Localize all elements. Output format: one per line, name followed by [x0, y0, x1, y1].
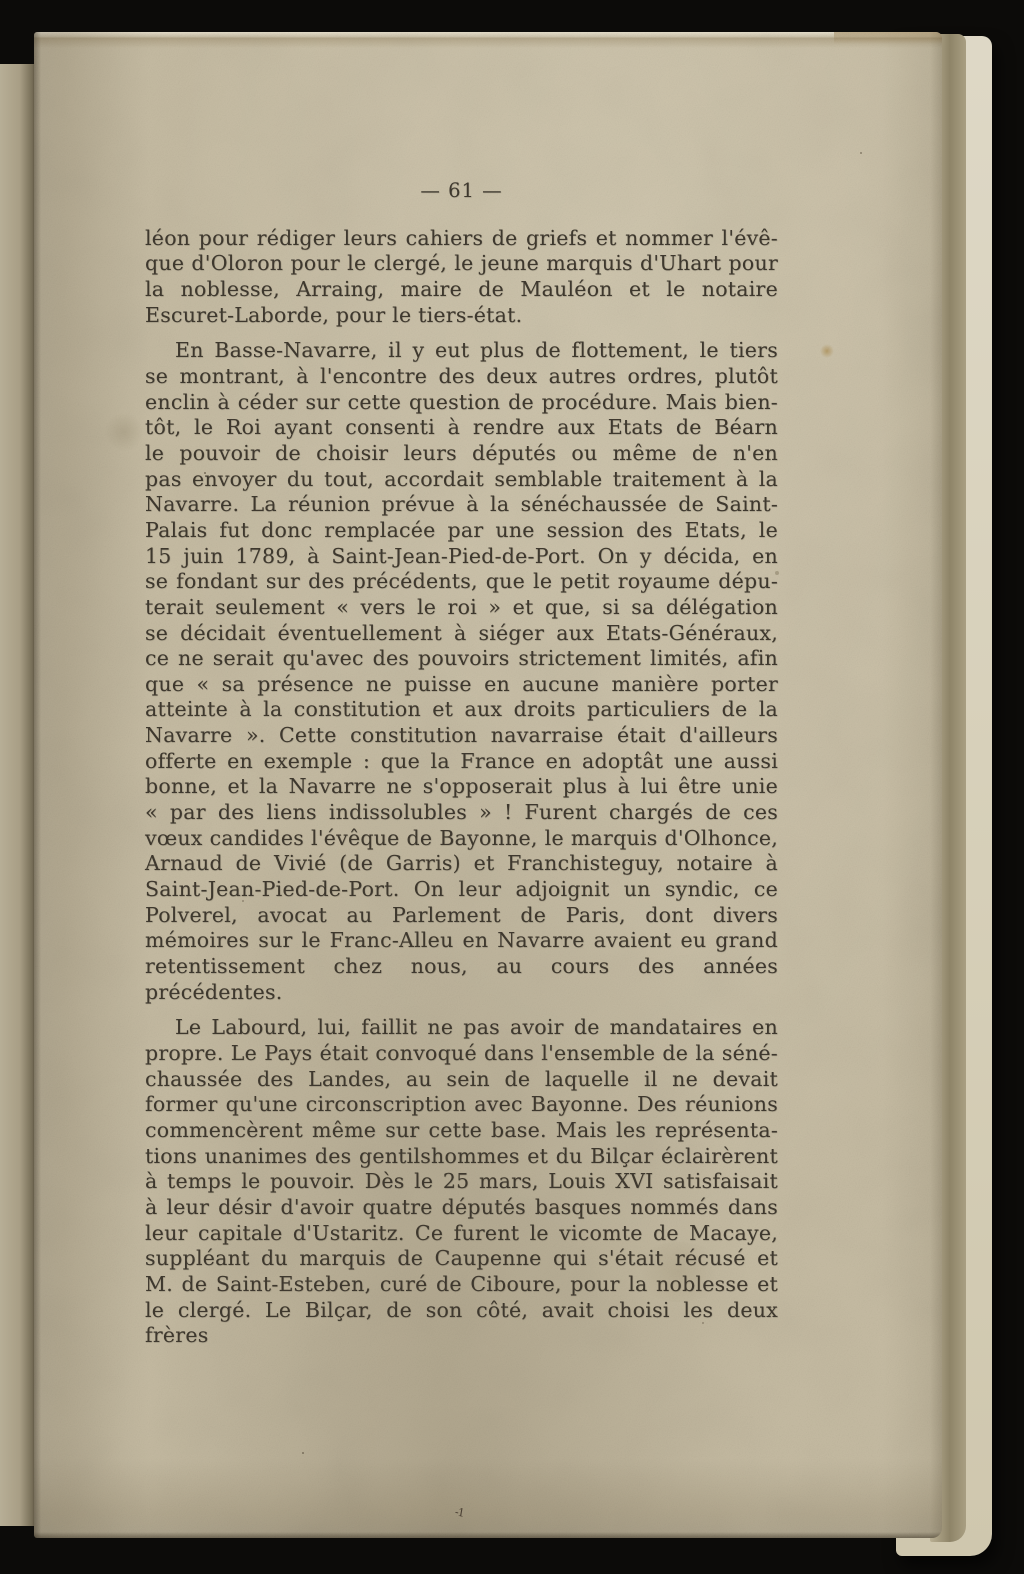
text-line: Le Labourd, lui, faillit ne pas avoir de…: [145, 1015, 778, 1041]
text-line: commencèrent même sur cette base. Mais l…: [145, 1118, 778, 1144]
text-line: pas envoyer du tout, accordait semblable…: [145, 467, 778, 493]
text-line: Palais fut donc remplacée par une sessio…: [145, 518, 778, 544]
text-line: Polverel, avocat au Parlement de Paris, …: [145, 903, 778, 929]
text-line: bonne, et la Navarre ne s'opposerait plu…: [145, 774, 778, 800]
text-line: à temps le pouvoir. Dès le 25 mars, Loui…: [145, 1169, 778, 1195]
text-line: à leur désir d'avoir quatre députés basq…: [145, 1195, 778, 1221]
paper-stain: [820, 344, 834, 358]
text-line: que « sa présence ne puisse en aucune ma…: [145, 672, 778, 698]
text-line: se fondant sur des précédents, que le pe…: [145, 569, 778, 595]
text-line: retentissement chez nous, au cours des a…: [145, 954, 778, 1005]
page-number: — 61 —: [145, 178, 778, 204]
text-line: Navarre ». Cette constitution navarraise…: [145, 723, 778, 749]
text-line: atteinte à la constitution et aux droits…: [145, 697, 778, 723]
gutter-page-curl: [0, 64, 36, 1526]
text-line: léon pour rédiger leurs cahiers de grief…: [145, 226, 778, 252]
text-line: se montrant, à l'encontre des deux autre…: [145, 364, 778, 390]
text-line: suppléant du marquis de Caupenne qui s'é…: [145, 1246, 778, 1272]
text-line: ce ne serait qu'avec des pouvoirs strict…: [145, 646, 778, 672]
text-line: M. de Saint-Esteben, curé de Ciboure, po…: [145, 1272, 778, 1298]
text-line: Arnaud de Vivié (de Garris) et Franchist…: [145, 851, 778, 877]
text-line: Navarre. La réunion prévue à la sénéchau…: [145, 492, 778, 518]
text-line: se décidait éventuellement à siéger aux …: [145, 621, 778, 647]
text-line: offerte en exemple : que la France en ad…: [145, 749, 778, 775]
text-line: former qu'une circonscription avec Bayon…: [145, 1092, 778, 1118]
text-line: tôt, le Roi ayant consenti à rendre aux …: [145, 415, 778, 441]
body-text: léon pour rédiger leurs cahiers de grief…: [145, 226, 778, 1349]
text-line: le pouvoir de choisir leurs députés ou m…: [145, 441, 778, 467]
text-line: « par des liens indissolubles » ! Furent…: [145, 800, 778, 826]
text-line: Escuret-Laborde, pour le tiers-état.: [145, 303, 778, 329]
paragraph: léon pour rédiger leurs cahiers de grief…: [145, 226, 778, 329]
paragraph: En Basse-Navarre, il y eut plus de flott…: [145, 338, 778, 1005]
text-line: tions unanimes des gentilshommes et du B…: [145, 1144, 778, 1170]
dust-specks: [34, 32, 36, 34]
text-line: En Basse-Navarre, il y eut plus de flott…: [145, 338, 778, 364]
text-line: terait seulement « vers le roi » et que,…: [145, 595, 778, 621]
text-line: chaussée des Landes, au sein de laquelle…: [145, 1067, 778, 1093]
text-line: 15 juin 1789, à Saint-Jean-Pied-de-Port.…: [145, 544, 778, 570]
text-line: leur capitale d'Ustaritz. Ce furent le v…: [145, 1221, 778, 1247]
text-block: — 61 — léon pour rédiger leurs cahiers d…: [145, 178, 778, 1349]
text-line: vœux candides l'évêque de Bayonne, le ma…: [145, 826, 778, 852]
paragraph: Le Labourd, lui, faillit ne pas avoir de…: [145, 1015, 778, 1349]
paper-stain: [104, 412, 144, 452]
text-line: le clergé. Le Bilçar, de son côté, avait…: [145, 1298, 778, 1349]
text-line: propre. Le Pays était convoqué dans l'en…: [145, 1041, 778, 1067]
text-line: Saint-Jean-Pied-de-Port. On leur adjoign…: [145, 877, 778, 903]
text-line: la noblesse, Arraing, maire de Mauléon e…: [145, 277, 778, 303]
paper-stain: [834, 32, 942, 44]
text-line: que d'Oloron pour le clergé, le jeune ma…: [145, 251, 778, 277]
text-line: mémoires sur le Franc-Alleu en Navarre a…: [145, 928, 778, 954]
text-line: enclin à céder sur cette question de pro…: [145, 390, 778, 416]
